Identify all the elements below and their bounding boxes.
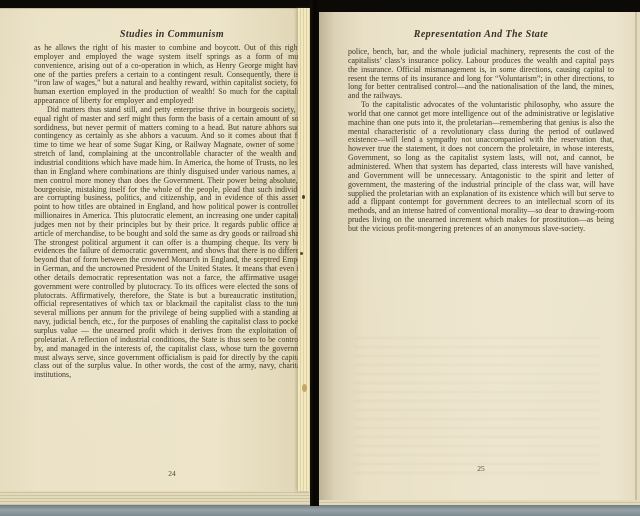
left-page-fore-edge xyxy=(298,8,310,491)
right-page-text: police, bench, bar, and the whole judici… xyxy=(348,48,614,234)
left-page-text: as he allows the right of his master to … xyxy=(34,44,310,380)
paragraph: as he allows the right of his master to … xyxy=(34,44,310,106)
show-through-ghost-text xyxy=(354,337,599,477)
page-blemish-speck xyxy=(302,195,305,199)
scanner-bed-strip xyxy=(0,505,640,516)
paragraph: police, bench, bar, and the whole judici… xyxy=(348,48,614,101)
book-gutter-shadow xyxy=(310,0,319,506)
right-page-number: 25 xyxy=(348,464,614,473)
right-page-header: Representation And The State xyxy=(348,29,614,40)
left-page: Studies in Communism as he allows the ri… xyxy=(0,8,310,491)
page-blemish-speck xyxy=(300,252,303,255)
page-blemish-stain xyxy=(302,384,307,392)
book-scan: Studies in Communism as he allows the ri… xyxy=(0,0,640,516)
left-page-header: Studies in Communism xyxy=(34,29,310,40)
right-page: Representation And The State police, ben… xyxy=(319,12,640,500)
paragraph: Did matters thus stand still, and petty … xyxy=(34,106,310,380)
paragraph: To the capitalistic advocates of the vol… xyxy=(348,101,614,234)
stacked-page-edges-left xyxy=(0,490,310,506)
left-page-number: 24 xyxy=(34,469,310,478)
